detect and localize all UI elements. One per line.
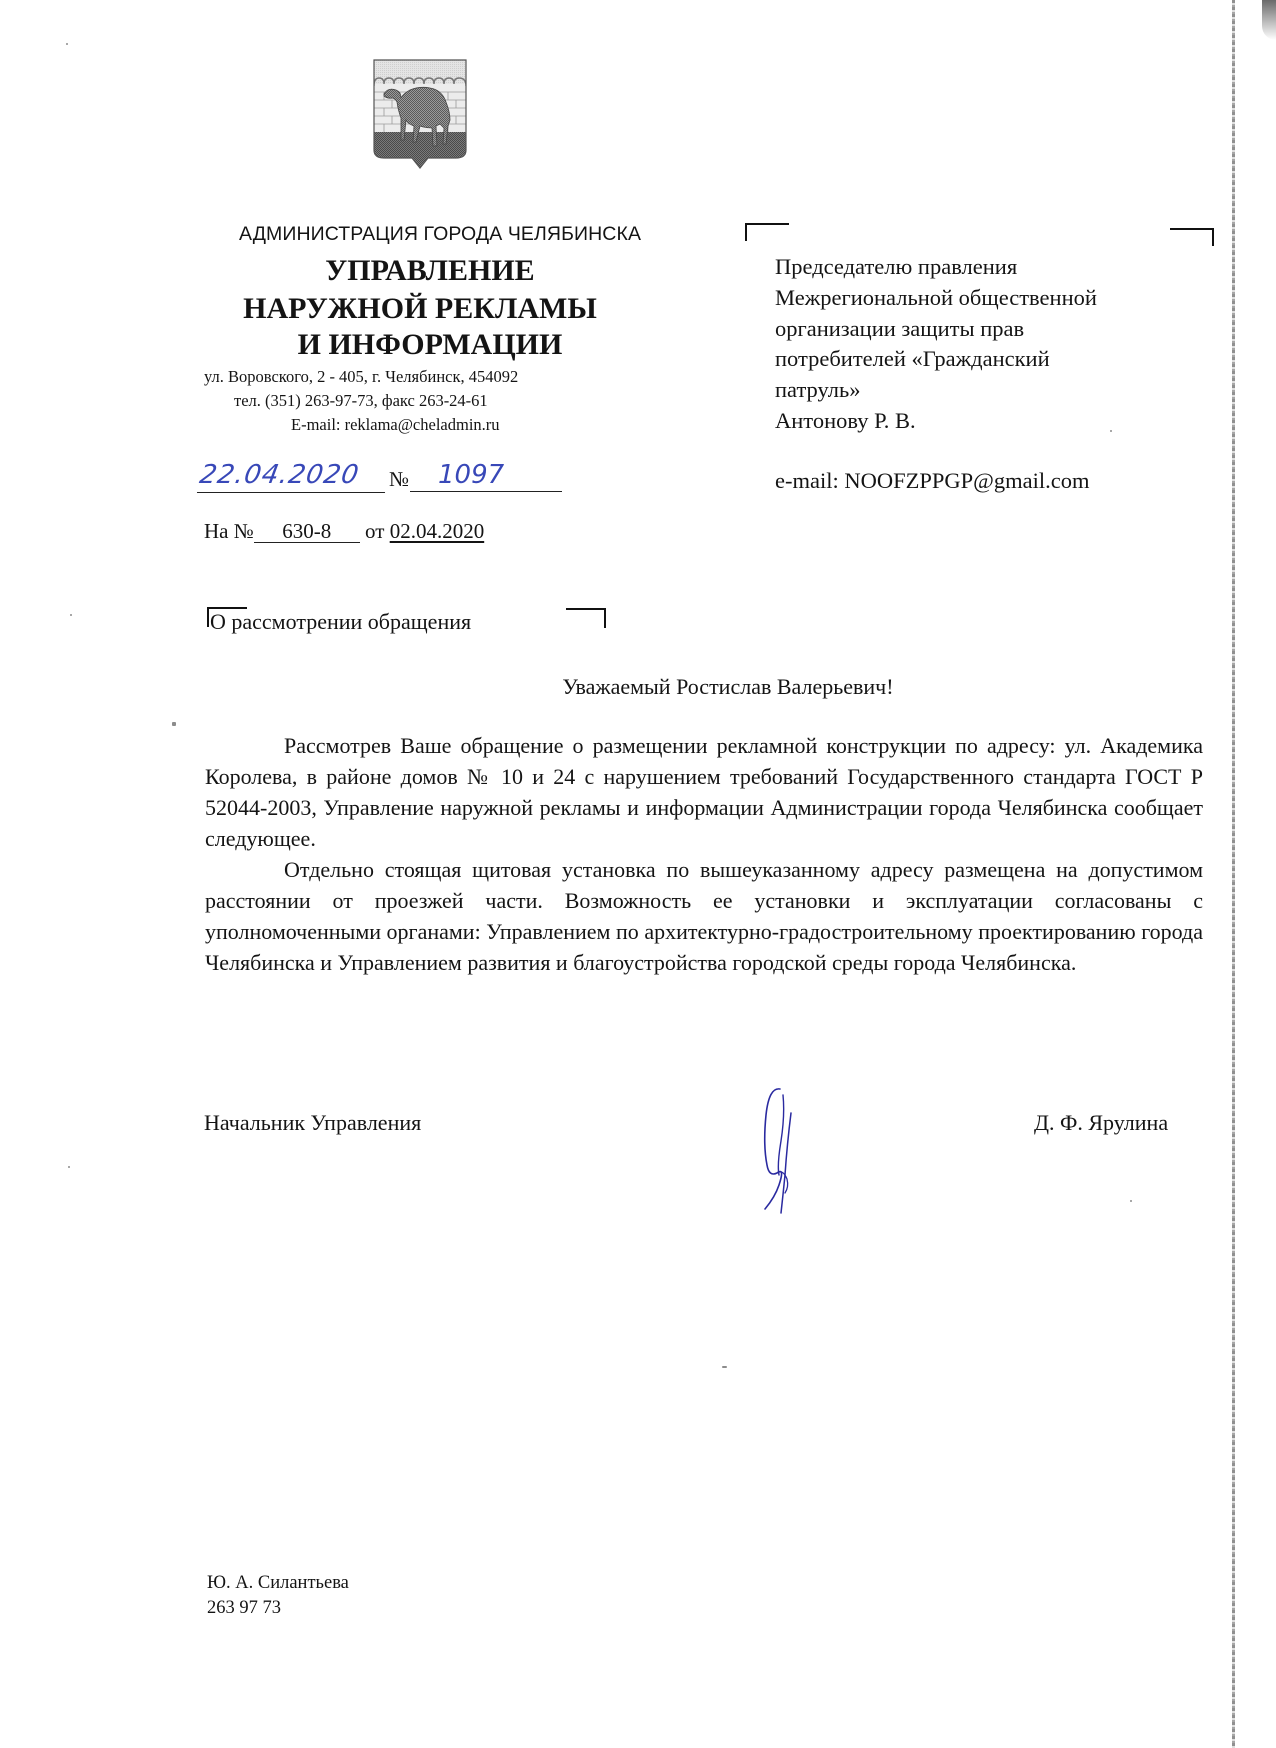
department-email: E-mail: reklama@cheladmin.ru bbox=[291, 415, 500, 435]
scan-speck bbox=[70, 614, 72, 616]
addressee-corner-top-right bbox=[1170, 228, 1214, 246]
department-address: ул. Воровского, 2 - 405, г. Челябинск, 4… bbox=[204, 367, 518, 387]
department-name-line-1: УПРАВЛЕНИЕ bbox=[200, 256, 660, 286]
addressee-corner-top-left bbox=[745, 223, 789, 241]
reference-prefix: На № bbox=[204, 519, 254, 543]
letter-body: Рассмотрев Ваше обращение о размещении р… bbox=[205, 730, 1203, 978]
addressee-email: e-mail: NOOFZPPGP@gmail.com bbox=[775, 468, 1089, 494]
scan-corner-shadow bbox=[1262, 0, 1276, 40]
addressee-block: Председателю правления Межрегиональной о… bbox=[775, 252, 1215, 437]
scan-speck bbox=[1130, 1200, 1132, 1202]
salutation: Уважаемый Ростислав Валерьевич! bbox=[205, 674, 1203, 700]
addressee-line: Межрегиональной общественной bbox=[775, 283, 1215, 314]
executor-name: Ю. А. Силантьева bbox=[207, 1573, 349, 1594]
signer-name: Д. Ф. Ярулина bbox=[1034, 1110, 1168, 1136]
outgoing-number-handwritten: 1097 bbox=[410, 458, 562, 492]
scan-speck bbox=[722, 1366, 727, 1368]
addressee-name: Антонову Р. В. bbox=[775, 406, 1215, 437]
outgoing-date-handwritten: 22.04.2020 bbox=[197, 458, 391, 493]
addressee-line: потребителей «Гражданский bbox=[775, 344, 1215, 375]
addressee-line: организации защиты прав bbox=[775, 314, 1215, 345]
administration-name: АДМИНИСТРАЦИЯ ГОРОДА ЧЕЛЯБИНСКА bbox=[190, 223, 690, 246]
scan-edge-line bbox=[1232, 0, 1235, 1748]
department-name-line-3: И ИНФОРМАЦИИ bbox=[200, 330, 660, 360]
letter-subject: О рассмотрении обращения bbox=[210, 609, 471, 635]
addressee-line: патруль» bbox=[775, 375, 1215, 406]
scan-speck bbox=[68, 1166, 70, 1168]
reference-date: 02.04.2020 bbox=[390, 519, 485, 543]
scan-speck bbox=[66, 43, 68, 45]
executor-phone: 263 97 73 bbox=[207, 1598, 281, 1619]
reference-from-label: от bbox=[365, 519, 384, 543]
department-phone: тел. (351) 263-97-73, факс 263-24-61 bbox=[234, 391, 488, 411]
reference-number: 630-8 bbox=[254, 521, 360, 543]
body-paragraph: Рассмотрев Ваше обращение о размещении р… bbox=[205, 730, 1203, 854]
body-paragraph: Отдельно стоящая щитовая установка по вы… bbox=[205, 854, 1203, 978]
subject-corner-top-right bbox=[566, 608, 606, 628]
scan-speck bbox=[172, 722, 176, 726]
addressee-line: Председателю правления bbox=[775, 252, 1215, 283]
reference-line: На №630-8 от 02.04.2020 bbox=[204, 519, 484, 544]
chelyabinsk-coat-of-arms-icon bbox=[370, 54, 470, 174]
number-sign: № bbox=[389, 467, 409, 492]
signer-title: Начальник Управления bbox=[204, 1110, 421, 1136]
handwritten-signature-icon bbox=[755, 1085, 835, 1215]
department-name-line-2: НАРУЖНОЙ РЕКЛАМЫ bbox=[190, 294, 650, 324]
